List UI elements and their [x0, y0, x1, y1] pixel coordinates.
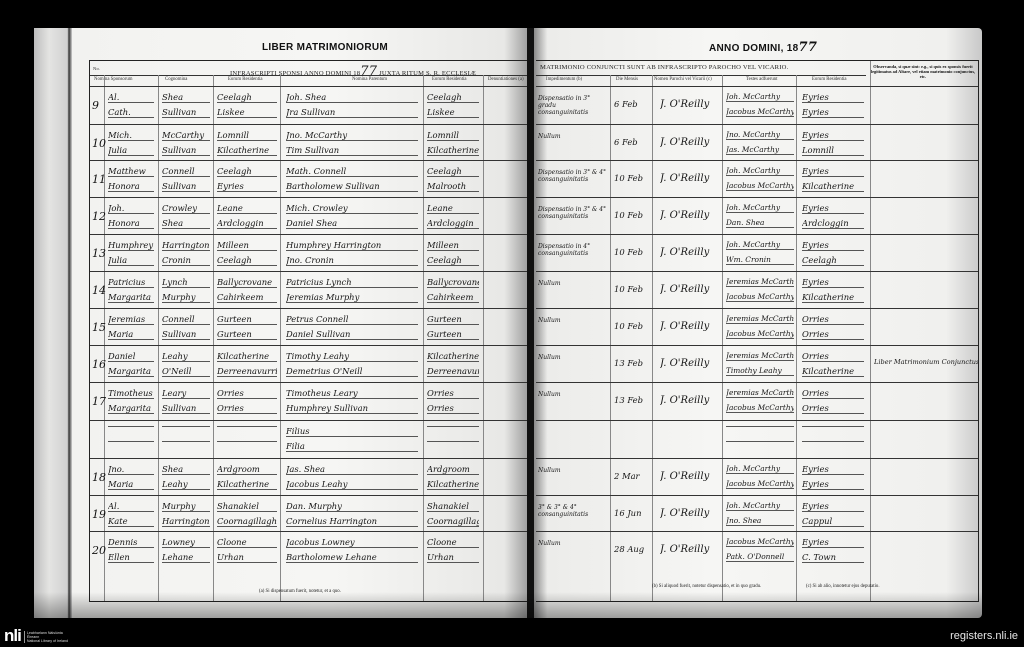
marriage-date: 13 Feb [614, 395, 650, 405]
groom-parent: Jas. Shea [286, 464, 418, 475]
entry-number: 17 [92, 395, 106, 408]
witness-1: Joh. McCarthy [726, 92, 794, 102]
page-edge [34, 28, 72, 618]
marriage-date: 6 Feb [614, 137, 650, 147]
entry-number: 15 [92, 321, 106, 334]
groom-forename: Dennis [108, 537, 154, 548]
groom-parent: Jacobus Lowney [286, 537, 418, 548]
bride-residence: Ceelagh [217, 255, 277, 266]
bride-forename: Julia [108, 255, 154, 266]
groom-residence: Ceelagh [217, 166, 277, 177]
groom-parent-residence: Ballycrovane [427, 277, 479, 288]
groom-surname: Harrington [162, 240, 210, 251]
groom-forename: Matthew [108, 166, 154, 177]
marriage-date: 10 Feb [614, 247, 650, 257]
title-year: 77 [799, 40, 818, 55]
register-entry-row: 14 Patricius Margarita Lynch Murphy Ball… [90, 271, 530, 309]
register-entry-row: 9 Al. Cath. Shea Sullivan Ceelagh Liskee… [90, 86, 530, 124]
groom-parent-residence: Cloone [427, 537, 479, 548]
witness-1-residence: Eyries [802, 537, 864, 548]
register-entry-row-right: Dispensatio in 4° consanguinitatis 10 Fe… [536, 234, 978, 272]
impediment: Nullum [538, 354, 608, 361]
observation-header: Observanda, si quæ sint: e.g., si quis e… [870, 64, 976, 79]
entry-number: 13 [92, 247, 106, 260]
bride-parent-residence: Urhan [427, 552, 479, 563]
bride-residence: Kilcatherine [217, 145, 277, 156]
priest-name: J. O'Reilly [660, 544, 720, 555]
groom-parent-residence [427, 426, 479, 427]
groom-parent-residence: Milleen [427, 240, 479, 251]
bride-residence: Ardcloggin [217, 218, 277, 229]
bride-parent-residence: Orries [427, 403, 479, 414]
groom-surname: Leary [162, 388, 210, 399]
witness-1-residence: Eyries [802, 240, 864, 251]
witness-1-residence: Orries [802, 351, 864, 362]
witness-2: Jacobus McCarthy [726, 403, 794, 413]
impediment: 3° & 3° & 4° consanguinitatis [538, 504, 608, 518]
priest-name: J. O'Reilly [660, 137, 720, 148]
bride-parent-residence: Cahirkeem [427, 292, 479, 303]
marriage-date: 10 Feb [614, 173, 650, 183]
left-register-table: No. INFRASCRIPTI SPONSI ANNO DOMINI 1877… [89, 60, 531, 602]
col-header: Eorum Residentia [812, 77, 847, 82]
groom-parent: Timotheus Leary [286, 388, 418, 399]
col-header: Eorum Residentia [432, 77, 467, 82]
witness-1-residence: Eyries [802, 130, 864, 141]
groom-residence: Shanakiel [217, 501, 277, 512]
bride-surname [162, 441, 210, 442]
groom-forename: Jno. [108, 464, 154, 475]
groom-surname: Lynch [162, 277, 210, 288]
bride-residence: Kilcatherine [217, 479, 277, 490]
impediment: Nullum [538, 317, 608, 324]
register-entry-row: Filius Filia [90, 420, 530, 458]
register-entry-row: 17 Timotheus Margarita Leary Sullivan Or… [90, 382, 530, 420]
witness-2: Jacobus McCarthy [726, 479, 794, 489]
impediment: Nullum [538, 391, 608, 398]
priest-name: J. O'Reilly [660, 284, 720, 295]
impediment: Nullum [538, 133, 608, 140]
left-page: LIBER MATRIMONIORUM No. INFRASCRIPTI SPO… [34, 28, 529, 618]
groom-residence: Milleen [217, 240, 277, 251]
witness-2-residence: Orries [802, 329, 864, 340]
entry-number: 11 [92, 173, 106, 186]
bride-forename: Honora [108, 181, 154, 192]
bride-forename: Maria [108, 479, 154, 490]
groom-parent: Jno. McCarthy [286, 130, 418, 141]
bride-parent: Jacobus Leahy [286, 479, 418, 490]
bride-parent-residence: Malrooth [427, 181, 479, 192]
bride-surname: Murphy [162, 292, 210, 303]
groom-surname: Crowley [162, 203, 210, 214]
left-table-header: No. INFRASCRIPTI SPONSI ANNO DOMINI 1877… [90, 61, 530, 76]
groom-parent-residence: Kilcatherine [427, 351, 479, 362]
entry-number: 14 [92, 284, 106, 297]
bride-residence: Orries [217, 403, 277, 414]
col-header: Eorum Residentia [228, 77, 263, 82]
priest-name: J. O'Reilly [660, 508, 720, 519]
register-entry-row-right: 3° & 3° & 4° consanguinitatis 16 Jun J. … [536, 495, 978, 533]
witness-2-residence: Kilcatherine [802, 366, 864, 377]
register-entry-row: 12 Joh. Honora Crowley Shea Leane Ardclo… [90, 197, 530, 235]
groom-forename: Al. [108, 92, 154, 103]
groom-surname [162, 426, 210, 427]
witness-2: Wm. Cronin [726, 255, 794, 265]
register-entry-row: 11 Matthew Honora Connell Sullivan Ceela… [90, 160, 530, 198]
groom-surname: Lowney [162, 537, 210, 548]
entry-number: 10 [92, 137, 106, 150]
groom-parent: Dan. Murphy [286, 501, 418, 512]
witness-2-residence: Lomnill [802, 145, 864, 156]
bride-surname: Leahy [162, 479, 210, 490]
witness-1-residence: Orries [802, 314, 864, 325]
marriage-date: 28 Aug [614, 544, 650, 554]
witness-1-residence: Eyries [802, 166, 864, 177]
impediment: Dispensatio in 3° & 4° consanguinitatis [538, 169, 608, 183]
bride-surname: Lehane [162, 552, 210, 563]
witness-2: Dan. Shea [726, 218, 794, 228]
impediment: Dispensatio in 3° gradu consanguinitatis [538, 95, 608, 116]
witness-1: Joh. McCarthy [726, 501, 794, 511]
register-entry-row: 16 Daniel Margarita Leahy O'Neill Kilcat… [90, 345, 530, 383]
witness-2-residence: Ceelagh [802, 255, 864, 266]
entry-number: 12 [92, 210, 106, 223]
bride-surname: Sullivan [162, 107, 210, 118]
register-image-viewer[interactable]: LIBER MATRIMONIORUM No. INFRASCRIPTI SPO… [0, 0, 1024, 647]
col-header: Nomina Parentum [352, 77, 387, 82]
groom-residence [217, 426, 277, 427]
witness-1: Joh. McCarthy [726, 464, 794, 474]
witness-1-residence: Orries [802, 388, 864, 399]
registers-site-link[interactable]: registers.nli.ie [950, 630, 1018, 642]
register-entry-row-right: Dispensatio in 3° & 4° consanguinitatis … [536, 197, 978, 235]
bride-parent: Jra Sullivan [286, 107, 418, 118]
register-entry-row: 20 Dennis Ellen Lowney Lehane Cloone Urh… [90, 531, 530, 569]
register-entry-row-right: Dispensatio in 3° gradu consanguinitatis… [536, 86, 978, 124]
register-entry-row-right: Dispensatio in 3° & 4° consanguinitatis … [536, 160, 978, 198]
witness-1: Jeremias McCarthy [726, 277, 794, 287]
register-entry-row: 13 Humphrey Julia Harrington Cronin Mill… [90, 234, 530, 272]
marriage-date: 10 Feb [614, 210, 650, 220]
marriage-date: 10 Feb [614, 321, 650, 331]
groom-surname: McCarthy [162, 130, 210, 141]
priest-name: J. O'Reilly [660, 210, 720, 221]
entry-number: 19 [92, 508, 106, 521]
witness-2: Jacobus McCarthy [726, 181, 794, 191]
groom-parent-residence: Lomnill [427, 130, 479, 141]
right-page: ANNO DOMINI, 1877 MATRIMONIO CONJUNCTI S… [534, 28, 982, 618]
groom-parent-residence: Orries [427, 388, 479, 399]
bride-forename: Ellen [108, 552, 154, 563]
bride-parent-residence: Liskee [427, 107, 479, 118]
priest-name: J. O'Reilly [660, 247, 720, 258]
witness-1-residence: Eyries [802, 501, 864, 512]
nli-logo: nli Leabharlann Náisiúnta Éireann Nation… [4, 629, 68, 643]
witness-2-residence: Eyries [802, 479, 864, 490]
nli-logo-text: Leabharlann Náisiúnta Éireann National L… [24, 631, 68, 643]
groom-surname: Leahy [162, 351, 210, 362]
groom-parent-residence: Shanakiel [427, 501, 479, 512]
witness-2: Jacobus McCarthy [726, 292, 794, 302]
bride-forename [108, 441, 154, 442]
marriage-date: 2 Mar [614, 471, 650, 481]
bride-residence: Liskee [217, 107, 277, 118]
impediment: Dispensatio in 3° & 4° consanguinitatis [538, 206, 608, 220]
groom-residence: Ballycrovane [217, 277, 277, 288]
bride-surname: Harrington [162, 516, 210, 527]
witness-1: Joh. McCarthy [726, 203, 794, 213]
bride-parent: Bartholomew Sullivan [286, 181, 418, 192]
groom-forename: Jeremias [108, 314, 154, 325]
bride-surname: Sullivan [162, 329, 210, 340]
witness-2-residence: Ardcloggin [802, 218, 864, 229]
register-entry-row-right: Nullum 13 Feb J. O'Reilly Jeremias McCar… [536, 382, 978, 420]
groom-parent-residence: Ceelagh [427, 166, 479, 177]
witness-1-residence: Eyries [802, 203, 864, 214]
groom-parent-residence: Gurteen [427, 314, 479, 325]
groom-surname: Shea [162, 92, 210, 103]
bride-residence: Derreenavurrig [217, 366, 277, 377]
witness-2 [726, 441, 794, 442]
bride-parent: Jno. Cronin [286, 255, 418, 266]
bride-parent-residence: Ceelagh [427, 255, 479, 266]
register-entry-row-right [536, 420, 978, 458]
witness-1-residence: Eyries [802, 277, 864, 288]
marriage-date: 13 Feb [614, 358, 650, 368]
bride-parent: Cornelius Harrington [286, 516, 418, 527]
right-footnote-b: (b) Si aliquod fuerit, notetur dispensat… [652, 584, 761, 589]
groom-residence: Gurteen [217, 314, 277, 325]
groom-residence: Ceelagh [217, 92, 277, 103]
bride-residence: Coornagillagh [217, 516, 277, 527]
groom-residence: Lomnill [217, 130, 277, 141]
col-header: Die Mensis [616, 77, 638, 82]
groom-parent-residence: Leane [427, 203, 479, 214]
groom-residence: Ardgroom [217, 464, 277, 475]
witness-1: Jacobus McCarthy [726, 537, 794, 547]
bride-residence: Gurteen [217, 329, 277, 340]
groom-residence: Orries [217, 388, 277, 399]
groom-parent: Patricius Lynch [286, 277, 418, 288]
bride-parent: Tim Sullivan [286, 145, 418, 156]
witness-2-residence: Kilcatherine [802, 181, 864, 192]
col-header: Nomina Sponsorum [94, 77, 133, 82]
bride-residence: Urhan [217, 552, 277, 563]
witness-1-residence: Eyries [802, 464, 864, 475]
witness-2: Jas. McCarthy [726, 145, 794, 155]
bride-parent: Daniel Shea [286, 218, 418, 229]
groom-parent: Humphrey Harrington [286, 240, 418, 251]
witness-1: Jeremias McCarthy [726, 314, 794, 324]
no-label: No. [93, 66, 100, 71]
witness-1: Jeremias McCarthy [726, 388, 794, 398]
witness-2-residence: Eyries [802, 107, 864, 118]
bride-forename: Margarita [108, 366, 154, 377]
bride-parent: Filia [286, 441, 418, 452]
witness-1: Jno. McCarthy [726, 130, 794, 140]
bride-parent: Demetrius O'Neill [286, 366, 418, 377]
register-entry-row: 15 Jeremias Maria Connell Sullivan Gurte… [90, 308, 530, 346]
witness-2-residence: C. Town [802, 552, 864, 563]
register-entry-row: 19 Al. Kate Murphy Harrington Shanakiel … [90, 495, 530, 533]
groom-residence: Kilcatherine [217, 351, 277, 362]
bride-parent: Daniel Sullivan [286, 329, 418, 340]
bride-forename: Margarita [108, 403, 154, 414]
witness-1: Joh. McCarthy [726, 240, 794, 250]
witness-1-residence [802, 426, 864, 427]
bride-surname: Shea [162, 218, 210, 229]
priest-name: J. O'Reilly [660, 99, 720, 110]
bride-parent-residence: Coornagillagh [427, 516, 479, 527]
groom-forename: Daniel [108, 351, 154, 362]
entry-number: 9 [92, 99, 99, 112]
bride-parent-residence: Kilcatherine [427, 479, 479, 490]
groom-parent-residence: Ceelagh [427, 92, 479, 103]
groom-surname: Connell [162, 314, 210, 325]
bride-residence: Cahirkeem [217, 292, 277, 303]
bride-surname: O'Neill [162, 366, 210, 377]
priest-name: J. O'Reilly [660, 358, 720, 369]
register-entry-row-right: Nullum 6 Feb J. O'Reilly Jno. McCarthy J… [536, 124, 978, 162]
bride-parent-residence [427, 441, 479, 442]
witness-2: Patk. O'Donnell [726, 552, 794, 562]
groom-surname: Murphy [162, 501, 210, 512]
groom-parent: Joh. Shea [286, 92, 418, 103]
witness-1: Joh. McCarthy [726, 166, 794, 176]
register-entry-row-right: Nullum 2 Mar J. O'Reilly Joh. McCarthy J… [536, 458, 978, 496]
groom-parent-residence: Ardgroom [427, 464, 479, 475]
header-text: MATRIMONIO CONJUNCTI SUNT AB INFRASCRIPT… [540, 64, 788, 71]
impediment: Nullum [538, 540, 608, 547]
impediment: Dispensatio in 4° consanguinitatis [538, 243, 608, 257]
register-entry-row: 10 Mich. Julia McCarthy Sullivan Lomnill… [90, 124, 530, 162]
groom-forename: Mich. [108, 130, 154, 141]
priest-name: J. O'Reilly [660, 173, 720, 184]
right-footnote-c: (c) Si ab alio, innotetur ejus deputatio… [806, 584, 880, 589]
bride-parent-residence: Gurteen [427, 329, 479, 340]
col-header: Testes adfuerunt [746, 77, 778, 82]
groom-forename: Joh. [108, 203, 154, 214]
groom-surname: Shea [162, 464, 210, 475]
bride-forename: Julia [108, 145, 154, 156]
witness-2-residence: Cappul [802, 516, 864, 527]
groom-forename: Humphrey [108, 240, 154, 251]
witness-1 [726, 426, 794, 427]
witness-2-residence: Orries [802, 403, 864, 414]
witness-2: Jacobus McCarthy [726, 329, 794, 339]
col-header: Cognomina [165, 77, 187, 82]
witness-2-residence [802, 441, 864, 442]
bride-surname: Cronin [162, 255, 210, 266]
register-book-spread: LIBER MATRIMONIORUM No. INFRASCRIPTI SPO… [34, 28, 982, 618]
bride-forename: Margarita [108, 292, 154, 303]
register-entry-row-right: Nullum 10 Feb J. O'Reilly Jeremias McCar… [536, 271, 978, 309]
bride-parent-residence: Derreenavurrig [427, 366, 479, 377]
register-entry-row: 18 Jno. Maria Shea Leahy Ardgroom Kilcat… [90, 458, 530, 496]
col-header: Nomen Parochi vel Vicarii (c) [654, 77, 712, 82]
bride-parent: Humphrey Sullivan [286, 403, 418, 414]
groom-residence: Cloone [217, 537, 277, 548]
entry-number: 20 [92, 544, 106, 557]
bride-forename: Maria [108, 329, 154, 340]
nli-logo-mark: nli [4, 629, 21, 643]
bride-residence [217, 441, 277, 442]
witness-1-residence: Eyries [802, 92, 864, 103]
bride-residence: Eyries [217, 181, 277, 192]
marriage-date: 6 Feb [614, 99, 650, 109]
col-header: Denuntiationes (a) [488, 77, 524, 82]
marriage-date: 10 Feb [614, 284, 650, 294]
register-entry-row-right: Nullum 13 Feb J. O'Reilly Jeremias McCar… [536, 345, 978, 383]
groom-forename: Timotheus [108, 388, 154, 399]
right-table-header: MATRIMONIO CONJUNCTI SUNT AB INFRASCRIPT… [536, 61, 866, 76]
groom-forename: Al. [108, 501, 154, 512]
bride-parent: Bartholomew Lehane [286, 552, 418, 563]
impediment: Nullum [538, 467, 608, 474]
witness-2: Jno. Shea [726, 516, 794, 526]
observation: Liber Matrimonium Conjunctus [874, 358, 978, 366]
priest-name: J. O'Reilly [660, 471, 720, 482]
marriage-date: 16 Jun [614, 508, 650, 518]
groom-parent: Petrus Connell [286, 314, 418, 325]
bride-forename: Kate [108, 516, 154, 527]
bride-surname: Sullivan [162, 145, 210, 156]
bride-parent-residence: Ardcloggin [427, 218, 479, 229]
groom-forename: Patricius [108, 277, 154, 288]
groom-parent: Timothy Leahy [286, 351, 418, 362]
witness-2: Jacobus McCarthy [726, 107, 794, 117]
bride-parent-residence: Kilcatherine [427, 145, 479, 156]
register-entry-row-right: Nullum 28 Aug J. O'Reilly Jacobus McCart… [536, 531, 978, 569]
groom-surname: Connell [162, 166, 210, 177]
groom-forename [108, 426, 154, 427]
page-title-right: ANNO DOMINI, 1877 [709, 40, 817, 55]
groom-parent: Mich. Crowley [286, 203, 418, 214]
bride-forename: Honora [108, 218, 154, 229]
witness-2: Timothy Leahy [726, 366, 794, 376]
register-entry-row-right: Nullum 10 Feb J. O'Reilly Jeremias McCar… [536, 308, 978, 346]
priest-name: J. O'Reilly [660, 321, 720, 332]
right-register-table: MATRIMONIO CONJUNCTI SUNT AB INFRASCRIPT… [536, 60, 979, 602]
bride-surname: Sullivan [162, 181, 210, 192]
groom-parent: Math. Connell [286, 166, 418, 177]
priest-name: J. O'Reilly [660, 395, 720, 406]
groom-parent: Filius [286, 426, 418, 437]
page-title-left: LIBER MATRIMONIORUM [262, 42, 388, 53]
witness-1: Jeremias McCarthy [726, 351, 794, 361]
impediment: Nullum [538, 280, 608, 287]
entry-number: 16 [92, 358, 106, 371]
bride-forename: Cath. [108, 107, 154, 118]
col-header: Impedimentum (b) [546, 77, 582, 82]
bride-surname: Sullivan [162, 403, 210, 414]
witness-2-residence: Kilcatherine [802, 292, 864, 303]
bride-parent: Jeremias Murphy [286, 292, 418, 303]
entry-number: 18 [92, 471, 106, 484]
groom-residence: Leane [217, 203, 277, 214]
